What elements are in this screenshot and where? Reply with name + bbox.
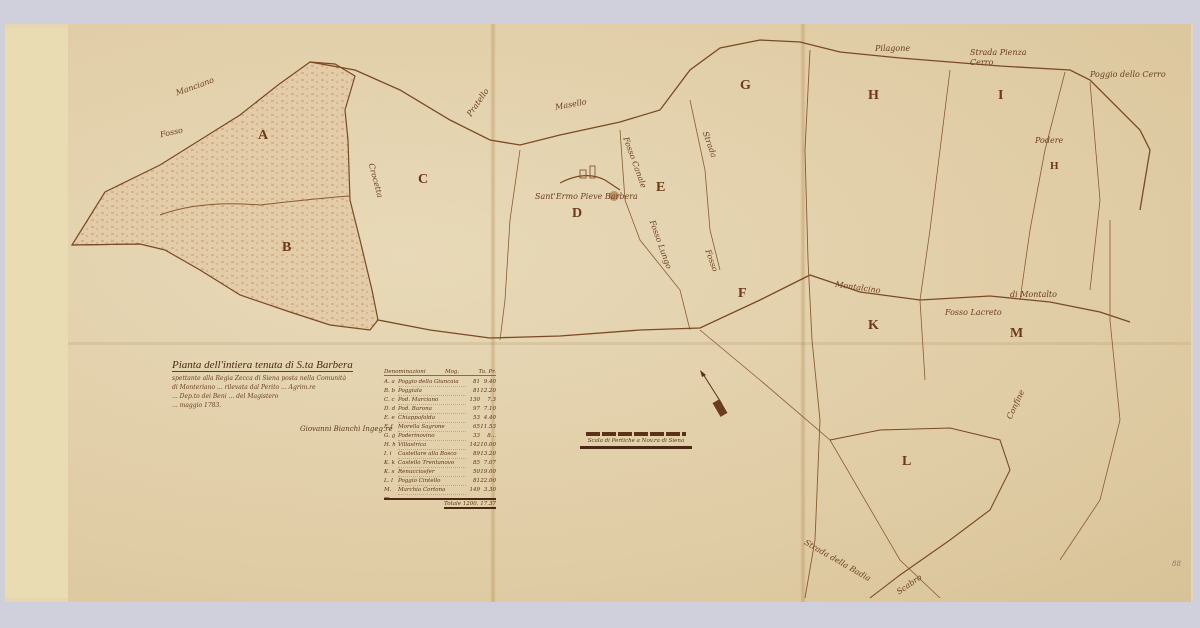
legend-cell-key: B. b	[384, 387, 398, 396]
legend-cell-key: K. k	[384, 459, 398, 468]
label-cerro: Cerro	[970, 58, 993, 67]
legend-cell-c2: 19.00	[480, 468, 496, 477]
legend-cell-key: M. m	[384, 486, 398, 495]
legend-row: F. fMorella Sagrone6511.53	[384, 423, 496, 432]
parcel-letter-g: G	[740, 78, 751, 94]
parcel-legend-table: Denominazioni Mog. Ta. Pr. A. aPoggio de…	[384, 369, 496, 507]
legend-cell-c2: 8...	[480, 432, 496, 441]
legend-cell-key: C. c	[384, 396, 398, 405]
subtitle-line: spettante alla Regia Zecca di Siena post…	[172, 374, 382, 383]
legend-row: H. hVillastrica14210.00	[384, 441, 496, 450]
north-arrow-icon	[700, 370, 727, 417]
legend-cell-name: Marchia Cortona	[398, 486, 466, 495]
subtitle-line: ... Dep.to dei Beni ... del Magistero	[172, 392, 382, 401]
legend-cell-c2: 10.00	[480, 441, 496, 450]
legend-cell-c1: 142	[466, 441, 480, 450]
legend-cell-c2: 9.40	[480, 378, 496, 387]
parcel-letter-h: H	[868, 88, 879, 104]
legend-header-col2: Ta. Pr.	[479, 369, 497, 375]
legend-row: E. eChiappafalda534.40	[384, 414, 496, 423]
legend-row: I. iCastellare alla Bosco8913.20	[384, 450, 496, 459]
legend-cell-name: Pod. Barona	[398, 405, 466, 414]
legend-rows: A. aPoggio della Giuncaia819.40B. bPoggi…	[384, 378, 496, 495]
label-strada-pienza: Strada Pienza	[970, 48, 1027, 57]
legend-total: Totale 1200. 17.37	[384, 498, 496, 507]
legend-cell-c2: 11.53	[480, 423, 496, 432]
label-podere-s-barbera: Sant'Ermo Pieve Barbera	[535, 192, 638, 201]
legend-cell-key: D. d	[384, 405, 398, 414]
parcel-letter-i: I	[998, 88, 1003, 104]
parcel-letter-f: F	[738, 286, 747, 302]
legend-row: G. gPoderinovino338...	[384, 432, 496, 441]
legend-cell-c1: 53	[466, 414, 480, 423]
scale-underline	[580, 446, 692, 449]
legend-cell-name: Poggio della Giuncaia	[398, 378, 466, 387]
parcel-letter-c: C	[418, 172, 428, 188]
legend-cell-c2: 4.40	[480, 414, 496, 423]
legend-cell-c2: 13.20	[480, 450, 496, 459]
parcel-letter-a: A	[258, 128, 268, 144]
legend-cell-key: G. g	[384, 432, 398, 441]
legend-cell-key: F. f	[384, 423, 398, 432]
map-subtitle: spettante alla Regia Zecca di Siena post…	[172, 374, 382, 410]
label-podere: Podere	[1035, 136, 1063, 145]
legend-row: L. lPoggio Cintello8122.00	[384, 477, 496, 486]
legend-cell-c1: 50	[466, 468, 480, 477]
legend-cell-key: I. i	[384, 450, 398, 459]
legend-cell-c1: 81	[466, 387, 480, 396]
legend-row: A. aPoggio della Giuncaia819.40	[384, 378, 496, 387]
map-title: Pianta dell'intiera tenuta di S.ta Barbe…	[172, 359, 353, 372]
legend-cell-name: Morella Sagrone	[398, 423, 466, 432]
legend-cell-c1: 97	[466, 405, 480, 414]
legend-cell-name: Poggiala	[398, 387, 466, 396]
legend-cell-c1: 89	[466, 450, 480, 459]
label-fosso-lacreto: Fosso Lacreto	[945, 308, 1002, 317]
legend-cell-name: Castellare alla Bosco	[398, 450, 466, 459]
legend-cell-c1: 149	[466, 486, 480, 495]
legend-cell-key: L. l	[384, 477, 398, 486]
scale-bar-graphic	[586, 432, 686, 436]
legend-cell-key: K. s	[384, 468, 398, 477]
legend-header: Denominazioni Mog. Ta. Pr.	[384, 369, 496, 376]
legend-row: K. kCastello Trentanovo857.07	[384, 459, 496, 468]
legend-cell-key: A. a	[384, 378, 398, 387]
legend-row: K. sRenucciosfer5019.00	[384, 468, 496, 477]
legend-row: B. bPoggiala8112.20	[384, 387, 496, 396]
road-north	[310, 40, 1150, 210]
parcel-letter-b: B	[282, 240, 291, 256]
subtitle-line: di Monteriano ... rilevata dal Perito ..…	[172, 383, 382, 392]
legend-cell-c1: 85	[466, 459, 480, 468]
parcel-letter-m: M	[1010, 326, 1023, 342]
subtitle-line: ... maggio 1783.	[172, 401, 382, 410]
legend-cell-name: Poggio Cintello	[398, 477, 466, 486]
legend-cell-name: Villastrica	[398, 441, 466, 450]
legend-cell-c1: 65	[466, 423, 480, 432]
title-cartouche: Pianta dell'intiera tenuta di S.ta Barbe…	[172, 353, 382, 410]
parcel-letter-e: E	[656, 180, 665, 196]
corner-mark: 88	[1172, 560, 1181, 568]
legend-cell-name: Poderinovino	[398, 432, 466, 441]
legend-header-col1: Mog.	[445, 369, 459, 375]
legend-header-name: Denominazioni	[384, 369, 426, 375]
parcel-letter-d: D	[572, 206, 582, 222]
parcel-letter-k: K	[868, 318, 879, 334]
legend-cell-c2: 12.20	[480, 387, 496, 396]
legend-cell-name: Castello Trentanovo	[398, 459, 466, 468]
legend-cell-c1: 81	[466, 378, 480, 387]
label-al-montalto: di Montalto	[1010, 290, 1057, 299]
legend-cell-c1: 33	[466, 432, 480, 441]
legend-cell-c2: 7.3	[480, 396, 496, 405]
legend-cell-name: Chiappafalda	[398, 414, 466, 423]
legend-cell-c1: 81	[466, 477, 480, 486]
legend-cell-name: Pod. Marciano	[398, 396, 466, 405]
legend-cell-c2: 3.30	[480, 486, 496, 495]
scale-label: Scala di Pertiche a Nov.ra di Siena	[580, 438, 692, 444]
parcel-letter-l: L	[902, 454, 911, 470]
legend-cell-name: Renucciosfer	[398, 468, 466, 477]
legend-cell-c1: 130	[466, 396, 480, 405]
parcel-ab-area	[72, 62, 378, 330]
label-pilagone: Pilagone	[875, 44, 910, 53]
legend-cell-key: H. h	[384, 441, 398, 450]
parcel-letter-h2: H	[1050, 160, 1059, 172]
legend-cell-c2: 7.10	[480, 405, 496, 414]
legend-row: D. dPod. Barona977.10	[384, 405, 496, 414]
legend-row: M. mMarchia Cortona1493.30	[384, 486, 496, 495]
legend-total-value: Totale 1200. 17.37	[444, 501, 496, 509]
legend-cell-c2: 22.00	[480, 477, 496, 486]
scale-bar: Scala di Pertiche a Nov.ra di Siena	[580, 432, 692, 449]
label-poggio-cerro: Poggio dello Cerro	[1090, 70, 1166, 79]
legend-row: C. cPod. Marciano1307.3	[384, 396, 496, 405]
legend-cell-key: E. e	[384, 414, 398, 423]
surveyor-signature: Giovanni Bianchi Ingeg.re	[300, 425, 393, 433]
legend-cell-c2: 7.07	[480, 459, 496, 468]
